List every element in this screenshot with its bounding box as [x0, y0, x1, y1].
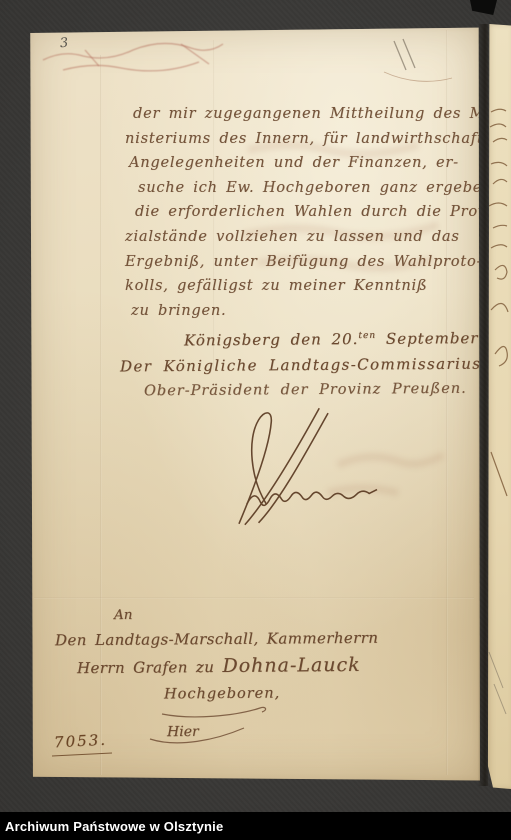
hochgeboren-flourish [160, 704, 272, 718]
dateline: Königsberg den 20.ten September 1851. [184, 329, 511, 350]
address-recipient-name: Dohna-Lauck [222, 654, 360, 677]
fold-crease-horizontal [34, 597, 474, 599]
archive-caption-bar: Archiwum Państwowe w Olsztynie [0, 812, 511, 840]
address-line: Herrn Grafen zu Dohna-Lauck [77, 654, 361, 678]
body-line: kolls, gefälligst zu meiner Kenntniß [125, 274, 511, 299]
next-page-edge [487, 24, 511, 789]
officer-title-line: Der Königliche Landtags-Commissarius [120, 355, 481, 376]
body-line: zialstände vollziehen zu lassen und das [125, 225, 511, 250]
registry-number: 7053. [54, 731, 108, 752]
signature-flourish [190, 408, 425, 526]
body-line: Angelegenheiten und der Finanzen, er- [129, 151, 511, 176]
officer-title-line: Ober-Präsident der Provinz Preußen. [144, 381, 467, 400]
handwriting-fragments [487, 24, 511, 789]
letter-body: der mir zugegangenen Mittheilung des Mi-… [125, 102, 511, 323]
page-gap-shadow [478, 24, 488, 786]
body-line: der mir zugegangenen Mittheilung des Mi- [133, 102, 511, 127]
address-salutation: An [114, 607, 133, 623]
address-line: Hier [167, 724, 199, 740]
address-line: Hochgeboren, [164, 686, 280, 703]
address-line: Den Landtags-Marschall, Kammerherrn [55, 629, 378, 650]
mount-clip [470, 0, 497, 15]
letter-page: 3 der mir zugegangenen Mittheilung des M… [28, 25, 480, 782]
body-line: Ergebniß, unter Beifügung des Wahlproto- [125, 250, 511, 275]
pencil-marks [384, 34, 456, 84]
body-line: suche ich Ew. Hochgeboren ganz ergebenst… [138, 176, 511, 201]
page-number: 3 [59, 36, 69, 52]
photographed-document: 3 der mir zugegangenen Mittheilung des M… [0, 0, 511, 840]
dateline-place-date: Königsberg den 20. [184, 330, 359, 349]
body-line: nisteriums des Innern, für landwirthscha… [125, 127, 511, 152]
registry-underline [50, 751, 114, 759]
body-line: zu bringen. [131, 299, 511, 324]
dateline-ordinal: ten [358, 331, 376, 341]
body-line: die erforderlichen Wahlen durch die Prov… [135, 200, 511, 225]
archive-caption-label: Archiwum Państwowe w Olsztynie [0, 819, 223, 834]
address-recipient-prefix: Herrn Grafen zu [77, 658, 223, 677]
